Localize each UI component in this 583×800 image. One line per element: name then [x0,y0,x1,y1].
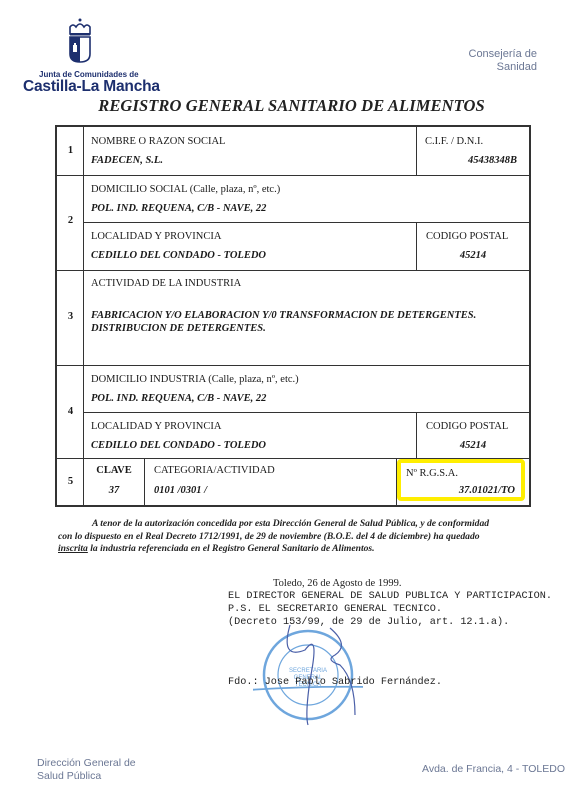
signature-title-1: EL DIRECTOR GENERAL DE SALUD PUBLICA Y P… [228,591,552,602]
row-divider [83,412,529,413]
field-value-industry-address: POL. IND. REQUENA, C/B - NAVE, 22 [91,393,266,404]
field-value-category: 0101 /0301 / [154,485,207,496]
field-label-locality: LOCALIDAD Y PROVINCIA [91,231,221,242]
field-value-industry-postal: 45214 [417,440,529,451]
underlined-word: inscrita [58,543,88,554]
col-divider [416,412,417,458]
field-label-name: NOMBRE O RAZON SOCIAL [91,136,225,147]
row-number: 3 [57,311,84,322]
row-number: 4 [57,406,84,417]
field-label-clave: CLAVE [84,465,144,476]
signature-decree: (Decreto 153/99, de 29 de Julio, art. 12… [228,617,509,628]
field-label-address: DOMICILIO SOCIAL (Calle, plaza, nº, etc.… [91,184,280,195]
coat-of-arms-icon [67,18,93,64]
field-value-postal: 45214 [417,250,529,261]
row-number: 2 [57,215,84,226]
footer-address: Avda. de Francia, 4 - TOLEDO [422,763,565,776]
row-number: 5 [57,476,84,487]
org-name: Castilla-La Mancha [23,78,160,96]
row-divider [83,222,529,223]
document-title: REGISTRO GENERAL SANITARIO DE ALIMENTOS [0,96,583,116]
footer-left: Dirección General de Salud Pública [37,757,136,783]
field-label-category: CATEGORIA/ACTIVIDAD [154,465,275,476]
col-divider [416,127,417,175]
col-divider [416,222,417,270]
field-label-activity: ACTIVIDAD DE LA INDUSTRIA [91,278,241,289]
field-value-activity: FABRICACION Y/O ELABORACION Y/0 TRANSFOR… [91,310,476,321]
signatory-name: Fdo.: Jose Pablo Sabrido Fernández. [228,677,442,688]
field-value-rgsa: 37.01021/TO [397,485,515,496]
field-value-locality: CEDILLO DEL CONDADO - TOLEDO [91,250,266,261]
field-label-rgsa: Nº R.G.S.A. [406,468,458,479]
field-label-industry-postal: CODIGO POSTAL [426,421,508,432]
col-divider [144,458,145,505]
field-value-cif: 45438348B [57,155,517,166]
row-divider [57,365,529,366]
field-value-industry-locality: CEDILLO DEL CONDADO - TOLEDO [91,440,266,451]
field-value-clave: 37 [84,485,144,496]
signature-date: Toledo, 26 de Agosto de 1999. [273,578,401,589]
field-label-industry-address: DOMICILIO INDUSTRIA (Calle, plaza, nº, e… [91,374,299,385]
row-divider [57,175,529,176]
field-label-industry-locality: LOCALIDAD Y PROVINCIA [91,421,221,432]
signature-title-2: P.S. EL SECRETARIO GENERAL TECNICO. [228,604,442,615]
field-value-address: POL. IND. REQUENA, C/B - NAVE, 22 [91,203,266,214]
department-label: Consejería de Sanidad [469,48,538,74]
signature-scribble-icon [260,620,400,730]
field-value-activity-2: DISTRIBUCION DE DETERGENTES. [91,323,266,334]
field-label-cif: C.I.F. / D.N.I. [425,136,483,147]
row-divider [57,270,529,271]
registry-table: 1 NOMBRE O RAZON SOCIAL FADECEN, S.L. C.… [55,125,531,507]
field-label-postal: CODIGO POSTAL [426,231,508,242]
authorization-paragraph: A tenor de la autorización concedida por… [68,518,532,556]
